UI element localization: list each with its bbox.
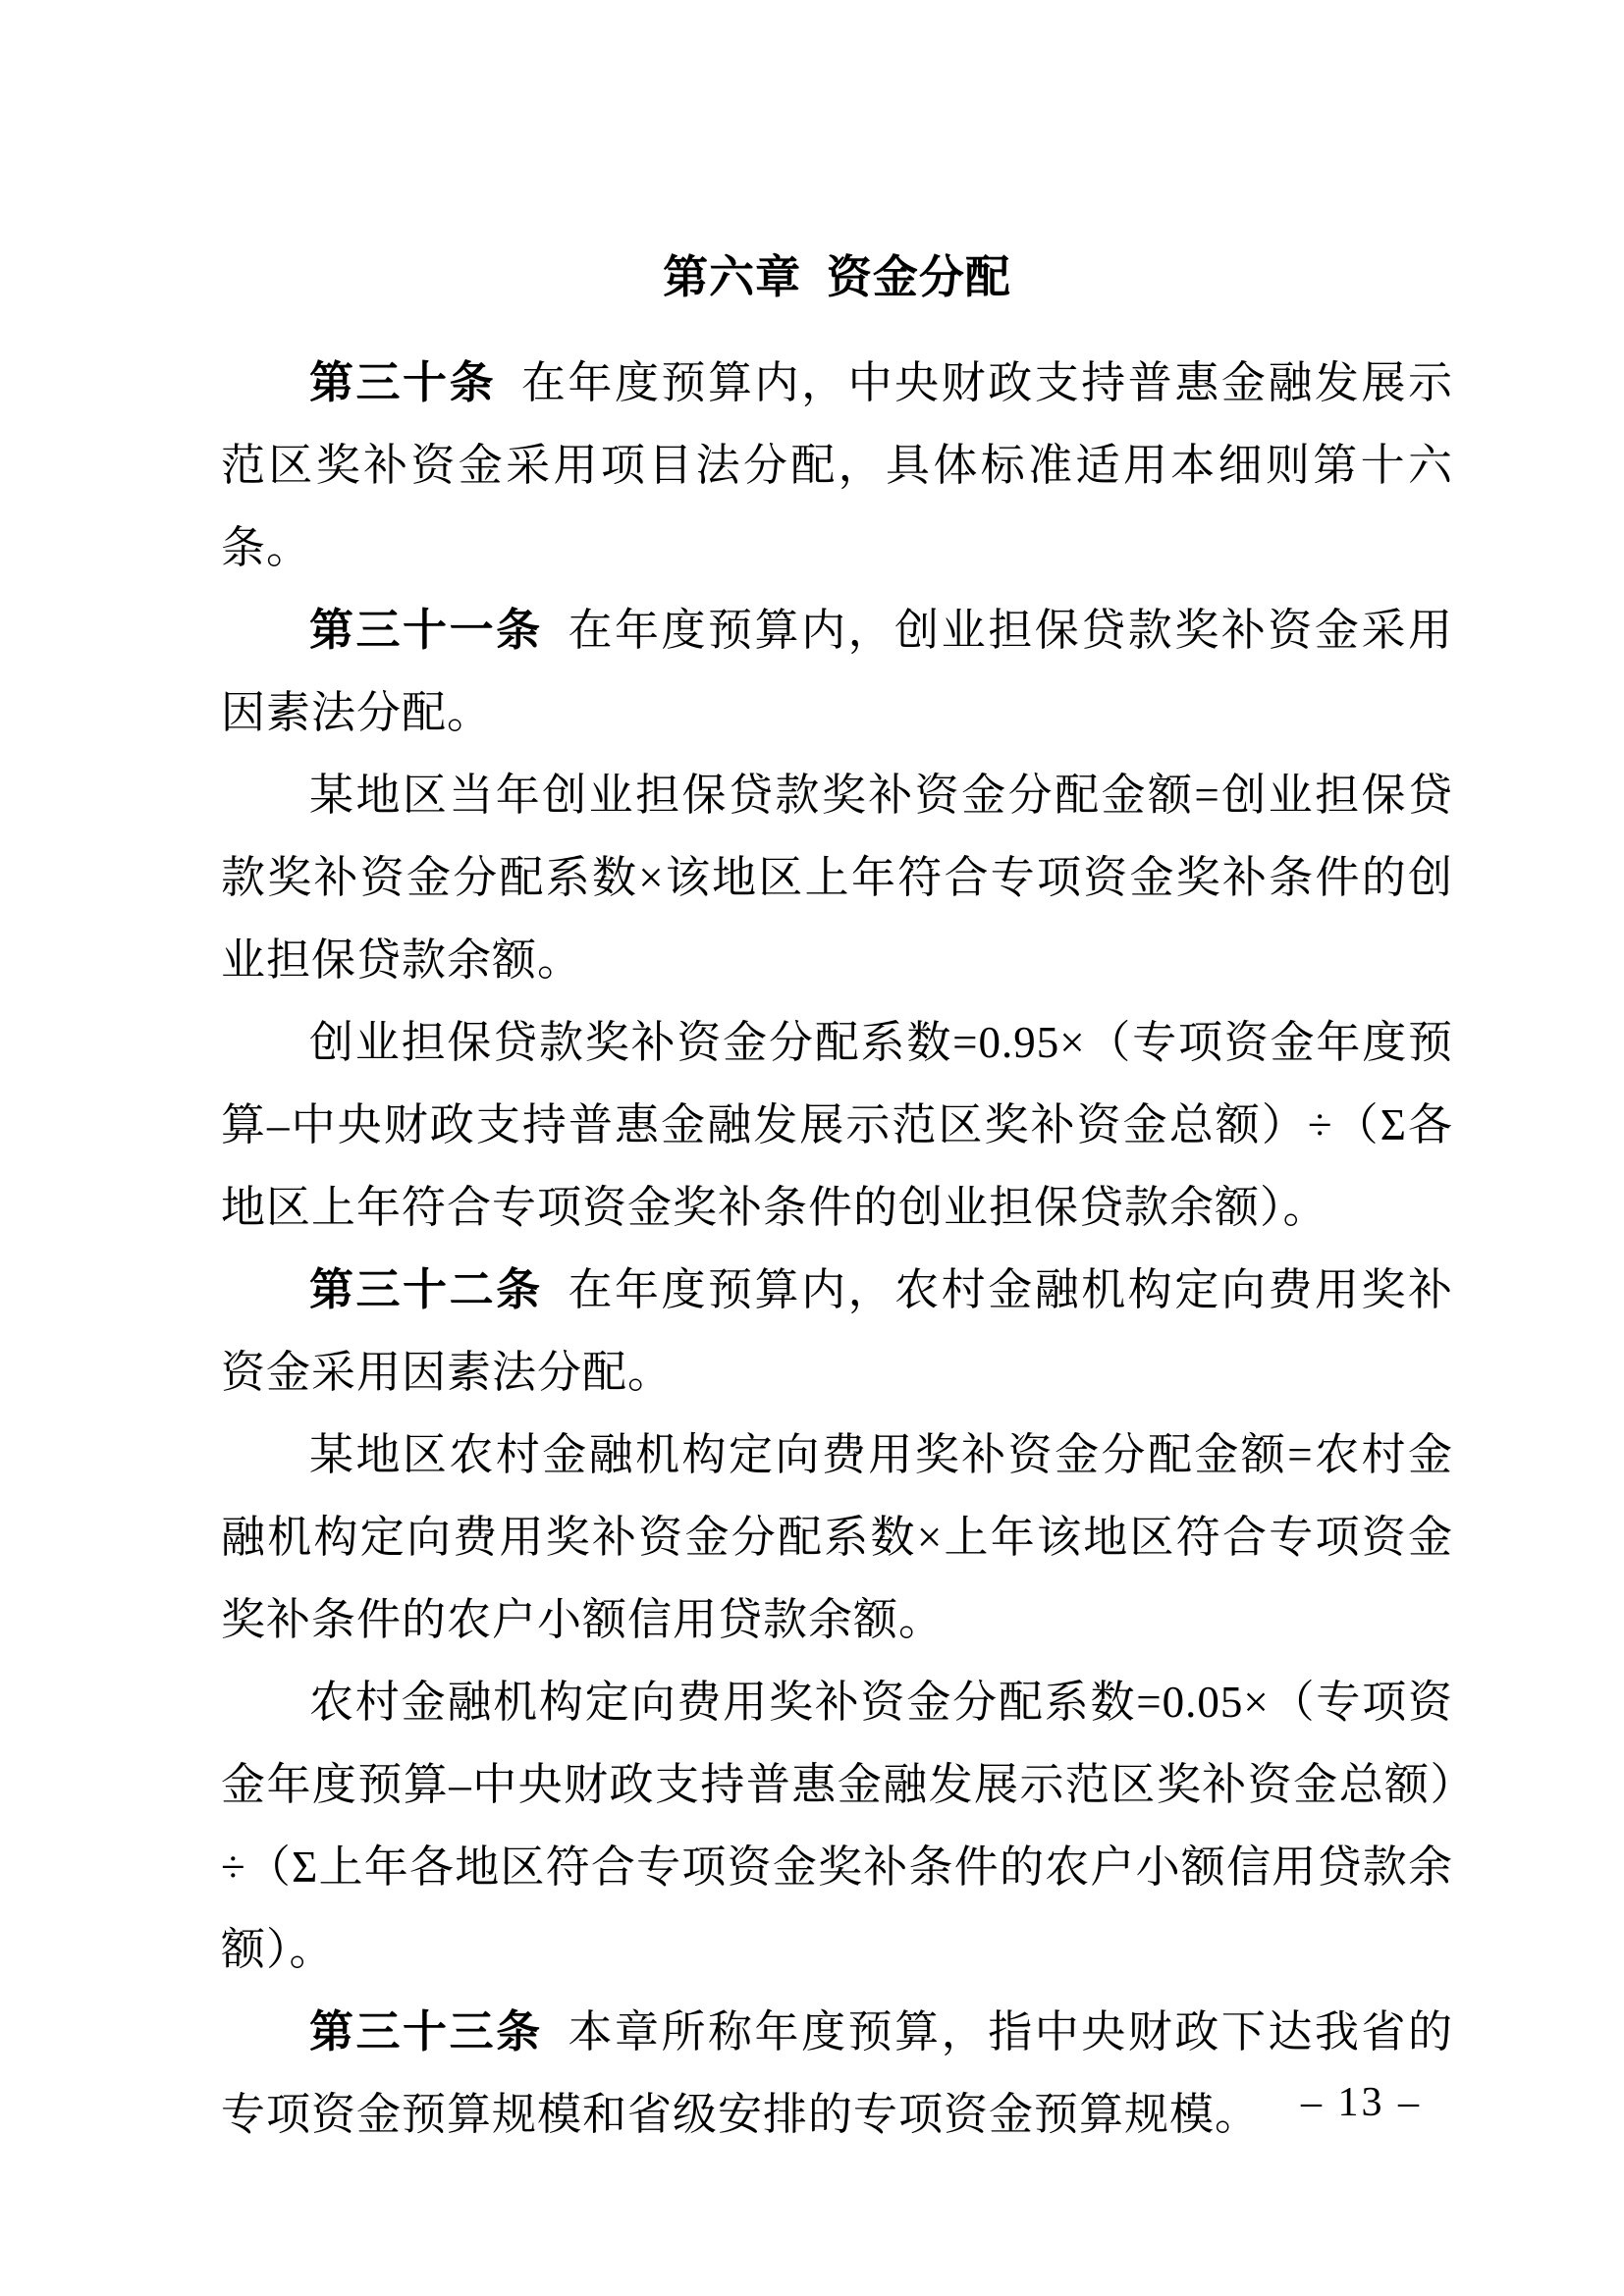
article-paragraph: 农村金融机构定向费用奖补资金分配系数=0.05×（专项资金年度预算–中央财政支持… bbox=[221, 1661, 1453, 1991]
article-paragraph: 某地区当年创业担保贷款奖补资金分配金额=创业担保贷款奖补资金分配系数×该地区上年… bbox=[221, 754, 1453, 1001]
article-paragraph: 创业担保贷款奖补资金分配系数=0.95×（专项资金年度预算–中央财政支持普惠金融… bbox=[221, 1001, 1453, 1249]
article-number: 第三十三条 bbox=[309, 2006, 543, 2056]
document-content: 第六章 资金分配 第三十条 在年度预算内，中央财政支持普惠金融发展示范区奖补资金… bbox=[221, 236, 1453, 2156]
document-body: 第三十条 在年度预算内，中央财政支持普惠金融发展示范区奖补资金采用项目法分配，具… bbox=[221, 342, 1453, 2156]
article-paragraph: 第三十条 在年度预算内，中央财政支持普惠金融发展示范区奖补资金采用项目法分配，具… bbox=[221, 342, 1453, 589]
article-number: 第三十条 bbox=[309, 357, 496, 407]
chapter-heading: 第六章 资金分配 bbox=[221, 236, 1453, 318]
article-number: 第三十一条 bbox=[309, 605, 543, 655]
article-number: 第三十二条 bbox=[309, 1264, 543, 1314]
article-paragraph: 第三十三条 本章所称年度预算，指中央财政下达我省的专项资金预算规模和省级安排的专… bbox=[221, 1991, 1453, 2156]
article-paragraph: 某地区农村金融机构定向费用奖补资金分配金额=农村金融机构定向费用奖补资金分配系数… bbox=[221, 1414, 1453, 1661]
page: 第六章 资金分配 第三十条 在年度预算内，中央财政支持普惠金融发展示范区奖补资金… bbox=[0, 0, 1624, 2296]
article-paragraph: 第三十二条 在年度预算内，农村金融机构定向费用奖补资金采用因素法分配。 bbox=[221, 1249, 1453, 1414]
article-paragraph: 第三十一条 在年度预算内，创业担保贷款奖补资金采用因素法分配。 bbox=[221, 589, 1453, 754]
document-page: { "page": { "background": "#ffffff", "te… bbox=[0, 0, 1624, 2296]
page-number: – 13 – bbox=[1301, 2073, 1422, 2132]
